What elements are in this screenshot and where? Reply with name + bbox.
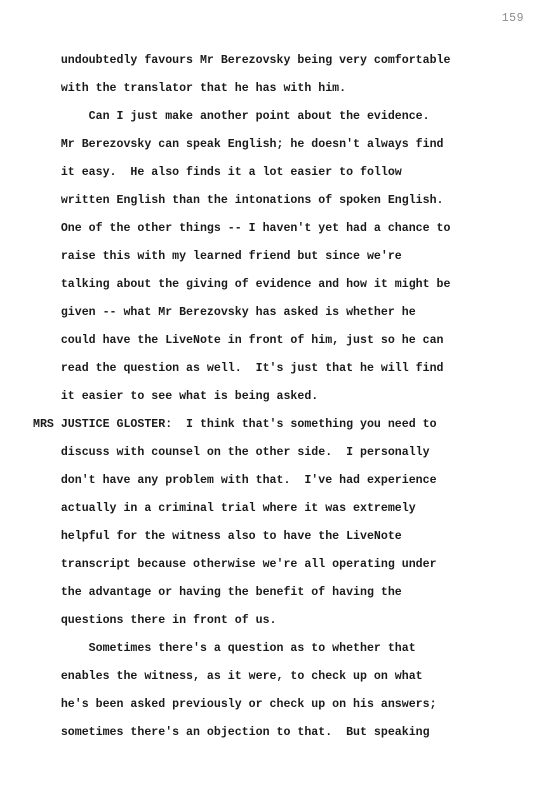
- transcript-text: undoubtedly favours Mr Berezovsky being …: [33, 47, 450, 747]
- page-number: 159: [502, 12, 524, 25]
- transcript-page: { "page": { "number": "159" }, "colors":…: [0, 0, 558, 789]
